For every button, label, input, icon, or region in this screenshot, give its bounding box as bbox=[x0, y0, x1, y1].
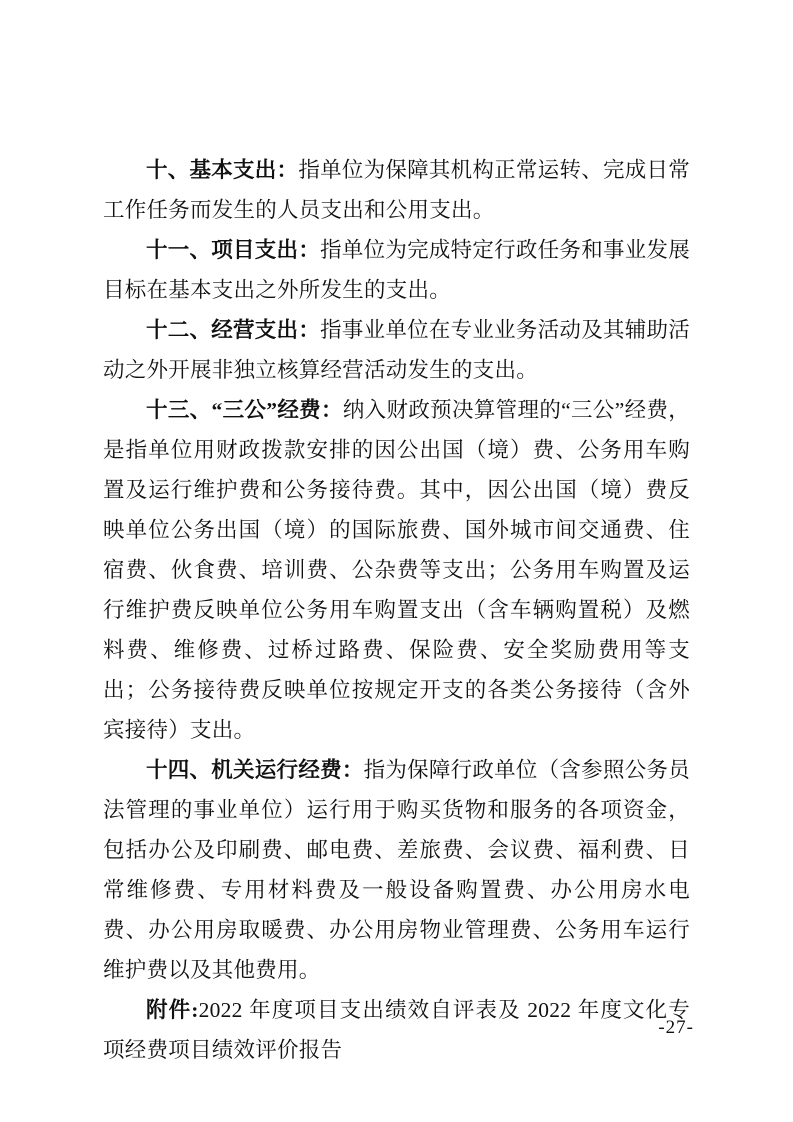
paragraph-head: 十三、“三公”经费： bbox=[146, 398, 343, 422]
paragraph-head: 附件: bbox=[146, 998, 199, 1022]
paragraph-head: 十四、机关运行经费： bbox=[146, 758, 364, 782]
paragraph-head: 十二、经营支出： bbox=[146, 318, 320, 342]
paragraph-attachment: 附件:2022 年度项目支出绩效自评表及 2022 年度文化专项经费项目绩效评价… bbox=[103, 990, 690, 1070]
paragraph-three-public-funds: 十三、“三公”经费：纳入财政预决算管理的“三公”经费，是指单位用财政拨款安排的因… bbox=[103, 390, 690, 750]
paragraph-head: 十一、项目支出： bbox=[146, 238, 320, 262]
paragraph-head: 十、基本支出： bbox=[146, 158, 298, 182]
document-page: 十、基本支出：指单位为保障其机构正常运转、完成日常工作任务而发生的人员支出和公用… bbox=[0, 0, 793, 1122]
paragraph-text: 纳入财政预决算管理的“三公”经费，是指单位用财政拨款安排的因公出国（境）费、公务… bbox=[103, 398, 690, 742]
paragraph-text: 指为保障行政单位（含参照公务员法管理的事业单位）运行用于购买货物和服务的各项资金… bbox=[103, 758, 690, 982]
paragraph-operating-expenditure: 十二、经营支出：指事业单位在专业业务活动及其辅助活动之外开展非独立核算经营活动发… bbox=[103, 310, 690, 390]
paragraph-basic-expenditure: 十、基本支出：指单位为保障其机构正常运转、完成日常工作任务而发生的人员支出和公用… bbox=[103, 150, 690, 230]
document-body: 十、基本支出：指单位为保障其机构正常运转、完成日常工作任务而发生的人员支出和公用… bbox=[103, 150, 690, 1070]
paragraph-agency-operating-funds: 十四、机关运行经费：指为保障行政单位（含参照公务员法管理的事业单位）运行用于购买… bbox=[103, 750, 690, 990]
paragraph-project-expenditure: 十一、项目支出：指单位为完成特定行政任务和事业发展目标在基本支出之外所发生的支出… bbox=[103, 230, 690, 310]
page-number: -27- bbox=[658, 1016, 694, 1040]
